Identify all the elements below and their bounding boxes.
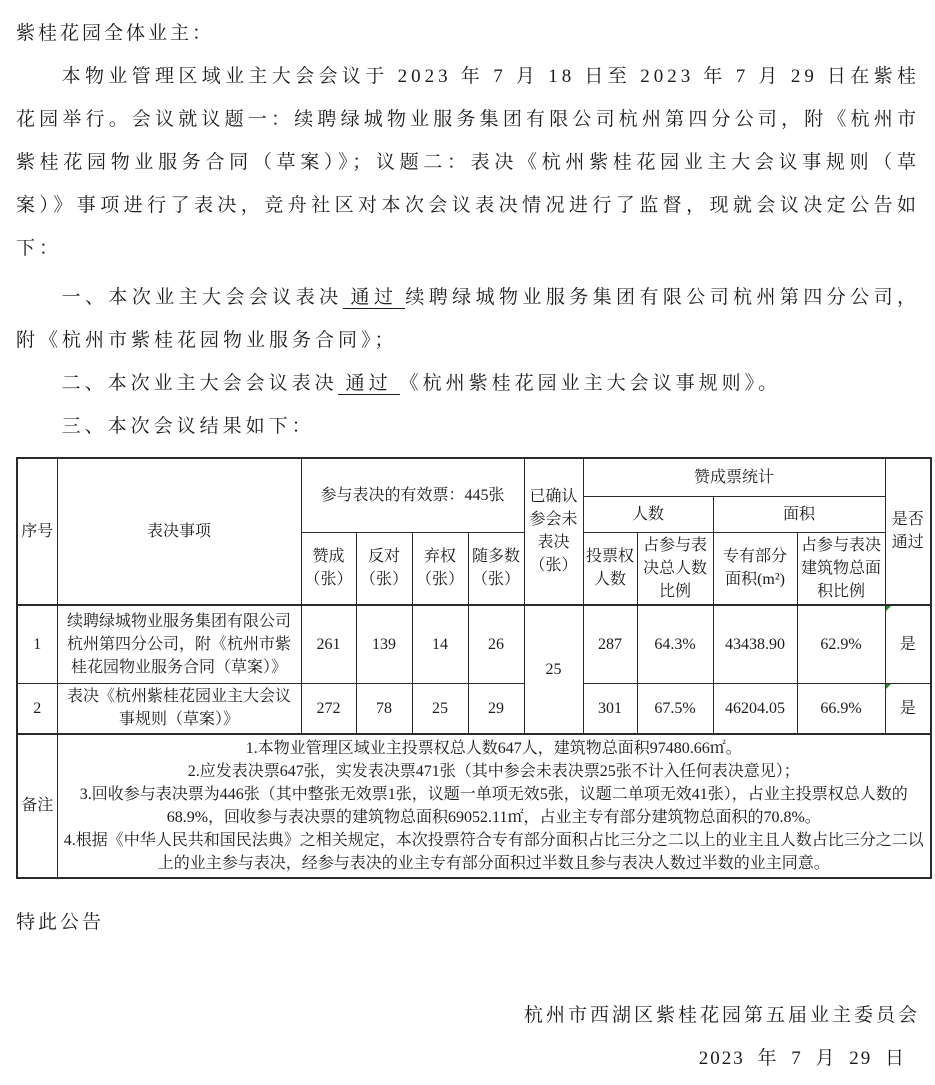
col-header-area-ratio: 占参与表决建筑物总面积比例 (797, 532, 885, 605)
col-header-confirmed-not-voted: 已确认参会未表决（张） (524, 458, 583, 605)
closing-line: 特此公告 (16, 901, 920, 944)
row2-voters: 301 (583, 684, 637, 734)
col-header-abstain: 弃权（张） (412, 532, 468, 605)
table-row: 1 续聘绿城物业服务集团有限公司杭州第四分公司，附《杭州市紫桂花园物业服务合同（… (17, 605, 931, 684)
col-header-seq: 序号 (17, 458, 57, 605)
signature-line: 杭州市西湖区紫桂花园第五届业主委员会 (16, 994, 920, 1037)
note-2: 2.应发表决票647张，实发表决票471张（其中参会未表决票25张不计入任何表决… (60, 760, 929, 783)
col-header-voting-rights-count: 投票权人数 (583, 532, 637, 605)
row1-matter: 续聘绿城物业服务集团有限公司杭州第四分公司，附《杭州市紫桂花园物业服务合同（草案… (57, 605, 301, 684)
excel-flag-icon (886, 606, 891, 611)
row1-abstain: 14 (412, 605, 468, 684)
confirmed-not-voted-value: 25 (524, 605, 583, 734)
table-row: 2 表决《杭州紫桂花园业主大会议事规则（草案）》 272 78 25 29 30… (17, 684, 931, 734)
col-header-passed: 是否通过 (885, 458, 931, 605)
note-4: 4.根据《中华人民共和国民法典》之相关规定，本次投票符合专有部分面积占比三分之二… (60, 829, 929, 875)
row2-abstain: 25 (412, 684, 468, 734)
row1-follow-majority: 26 (468, 605, 524, 684)
row1-voters: 287 (583, 605, 637, 684)
decision-item-2: 二、本次业主大会会议表决通过《杭州紫桂花园业主大会议事规则》。 (16, 362, 920, 405)
decision-item-3: 三、本次会议结果如下： (16, 405, 920, 448)
col-header-exclusive-area: 专有部分面积(m²) (713, 532, 797, 605)
col-header-people-ratio: 占参与表决总人数比例 (637, 532, 713, 605)
col-header-area-group: 面积 (713, 496, 885, 532)
col-header-approve: 赞成（张） (301, 532, 356, 605)
decision-item-2-passed-word: 通过 (338, 373, 400, 395)
voting-results-table: 序号 表决事项 参与表决的有效票：445张 已确认参会未表决（张） 赞成票统计 … (16, 457, 932, 879)
row2-people-ratio: 67.5% (637, 684, 713, 734)
decision-item-1-pre: 一、本次业主大会会议表决 (62, 287, 343, 308)
col-header-people-group: 人数 (583, 496, 713, 532)
decision-item-2-post: 《杭州紫桂花园业主大会议事规则》。 (400, 373, 782, 394)
row1-area: 43438.90 (713, 605, 797, 684)
announcement-document: 紫桂花园全体业主： 本物业管理区域业主大会会议于 2023 年 7 月 18 日… (0, 0, 935, 1080)
decision-item-2-pre: 二、本次业主大会会议表决 (62, 373, 338, 394)
col-header-oppose: 反对（张） (356, 532, 412, 605)
row2-follow-majority: 29 (468, 684, 524, 734)
row1-oppose: 139 (356, 605, 412, 684)
col-header-follow-majority: 随多数（张） (468, 532, 524, 605)
col-header-matter: 表决事项 (57, 458, 301, 605)
row2-area: 46204.05 (713, 684, 797, 734)
row2-passed: 是 (885, 684, 931, 734)
row1-approve: 261 (301, 605, 356, 684)
excel-flag-icon (886, 684, 891, 689)
row2-oppose: 78 (356, 684, 412, 734)
row1-seq: 1 (17, 605, 57, 684)
notes-content: 1.本物业管理区域业主投票权总人数647人，建筑物总面积97480.66㎡。 2… (57, 734, 931, 878)
row2-approve: 272 (301, 684, 356, 734)
table-header-row-1: 序号 表决事项 参与表决的有效票：445张 已确认参会未表决（张） 赞成票统计 … (17, 458, 931, 496)
row1-area-ratio: 62.9% (797, 605, 885, 684)
row2-passed-value: 是 (900, 700, 916, 717)
row1-people-ratio: 64.3% (637, 605, 713, 684)
row2-area-ratio: 66.9% (797, 684, 885, 734)
notes-label: 备注 (17, 734, 57, 878)
note-3: 3.回收参与表决票为446张（其中整张无效票1张，议题一单项无效5张，议题二单项… (60, 783, 929, 829)
intro-paragraph: 本物业管理区域业主大会会议于 2023 年 7 月 18 日至 2023 年 7… (16, 55, 920, 270)
col-header-approve-stats: 赞成票统计 (583, 458, 885, 496)
col-header-valid-votes: 参与表决的有效票：445张 (301, 458, 524, 532)
row2-seq: 2 (17, 684, 57, 734)
row1-passed: 是 (885, 605, 931, 684)
decision-item-1-passed-word: 通过 (343, 287, 406, 309)
date-line: 2023 年 7 月 29 日 (16, 1037, 920, 1080)
notes-row: 备注 1.本物业管理区域业主投票权总人数647人，建筑物总面积97480.66㎡… (17, 734, 931, 878)
decision-item-1: 一、本次业主大会会议表决通过续聘绿城物业服务集团有限公司杭州第四分公司，附《杭州… (16, 276, 920, 362)
greeting-line: 紫桂花园全体业主： (16, 12, 920, 55)
row1-passed-value: 是 (900, 636, 916, 653)
row2-matter: 表决《杭州紫桂花园业主大会议事规则（草案）》 (57, 684, 301, 734)
note-1: 1.本物业管理区域业主投票权总人数647人，建筑物总面积97480.66㎡。 (60, 737, 929, 760)
